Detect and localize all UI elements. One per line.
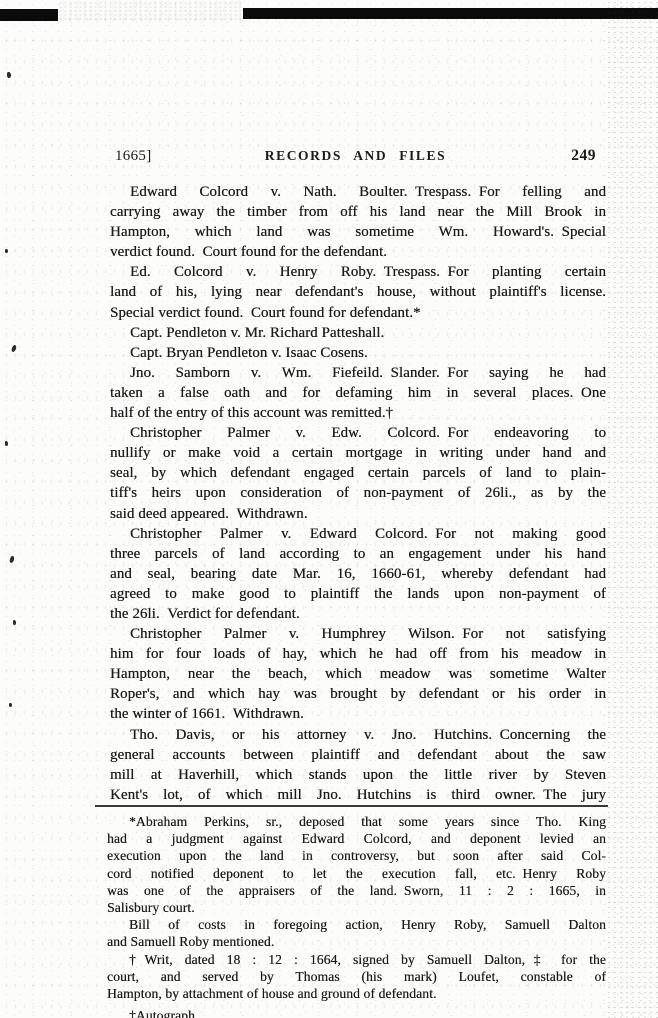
text-line: seal, by which defendant engaged certain…	[110, 463, 606, 483]
text-line: Bill of costs in foregoing action, Henry…	[107, 916, 606, 933]
scan-artifact-bar-left	[0, 9, 58, 21]
paragraph: Ed. Colcord v. Henry Roby. Trespass. For…	[110, 262, 606, 322]
text-line: and Samuell Roby mentioned.	[107, 933, 606, 950]
text-line: Kent's lot, of which mill Jno. Hutchins …	[110, 785, 606, 805]
margin-ink-speck	[9, 556, 15, 564]
text-line: agreed to make good to plaintiff the lan…	[110, 584, 606, 604]
paragraph: ‡Autograph.	[107, 1007, 606, 1018]
text-line: had a judgment against Edward Colcord, a…	[107, 830, 606, 847]
text-line: Salisbury court.	[107, 899, 606, 916]
text-line: †Writ, dated 18 : 12 : 1664, signed by S…	[107, 951, 606, 968]
text-line: three parcels of land according to an en…	[110, 544, 606, 564]
margin-ink-speck	[13, 620, 16, 625]
text-line: nullify or make void a certain mortgage …	[110, 443, 606, 463]
text-line: Roper's, and which hay was brought by de…	[110, 684, 606, 704]
paragraph: Tho. Davis, or his attorney v. Jno. Hutc…	[110, 725, 606, 805]
text-line: Christopher Palmer v. Humphrey Wilson. F…	[110, 624, 606, 644]
text-line: Edward Colcord v. Nath. Boulter. Trespas…	[110, 182, 606, 202]
paragraph: Christopher Palmer v. Edw. Colcord. For …	[110, 423, 606, 523]
text-line: cord notified deponent to let the execut…	[107, 865, 606, 882]
footnote-divider	[95, 805, 608, 807]
text-line: Ed. Colcord v. Henry Roby. Trespass. For…	[110, 262, 606, 282]
text-line: mill at Haverhill, which stands upon the…	[110, 765, 606, 785]
text-line: Capt. Pendleton v. Mr. Richard Patteshal…	[110, 323, 606, 343]
scanned-book-page: 1665] RECORDS AND FILES 249 Edward Colco…	[0, 0, 658, 1018]
margin-ink-speck	[11, 344, 18, 352]
scan-smudge	[58, 1, 244, 21]
text-line: half of the entry of this account was re…	[110, 403, 606, 423]
text-line: Christopher Palmer v. Edw. Colcord. For …	[110, 423, 606, 443]
page-number: 249	[476, 147, 606, 165]
margin-ink-speck	[7, 72, 11, 78]
paragraph: Christopher Palmer v. Edward Colcord. Fo…	[110, 524, 606, 624]
text-line: Capt. Bryan Pendleton v. Isaac Cosens.	[110, 343, 606, 363]
text-line: carrying away the timber from off his la…	[110, 202, 606, 222]
text-line: the 26li. Verdict for defendant.	[110, 604, 606, 624]
text-line: Christopher Palmer v. Edward Colcord. Fo…	[110, 524, 606, 544]
paragraph: Edward Colcord v. Nath. Boulter. Trespas…	[110, 182, 606, 262]
text-line: him for four loads of hay, which he had …	[110, 644, 606, 664]
margin-ink-speck	[5, 441, 8, 446]
text-line: tiff's heirs upon consideration of non-p…	[110, 483, 606, 503]
body-text: Edward Colcord v. Nath. Boulter. Trespas…	[110, 182, 606, 805]
paragraph: Capt. Bryan Pendleton v. Isaac Cosens.	[110, 343, 606, 363]
paragraph: Christopher Palmer v. Humphrey Wilson. F…	[110, 624, 606, 724]
text-line: verdict found. Court found for the defen…	[110, 242, 606, 262]
paper-grain-right-edge	[606, 0, 658, 1018]
running-title: RECORDS AND FILES	[235, 148, 476, 164]
paragraph: Bill of costs in foregoing action, Henry…	[107, 916, 606, 950]
footnotes: *Abraham Perkins, sr., deposed that some…	[107, 813, 606, 1018]
text-line: Jno. Samborn v. Wm. Fiefeild. Slander. F…	[110, 363, 606, 383]
text-line: *Abraham Perkins, sr., deposed that some…	[107, 813, 606, 830]
text-line: was one of the appraisers of the land. S…	[107, 882, 606, 899]
text-line: Hampton, near the beach, which meadow wa…	[110, 664, 606, 684]
text-line: execution upon the land in controversy, …	[107, 847, 606, 864]
text-line: Tho. Davis, or his attorney v. Jno. Hutc…	[110, 725, 606, 745]
text-line: the winter of 1661. Withdrawn.	[110, 704, 606, 724]
scan-artifact-bar-right	[243, 8, 658, 19]
text-line: court, and served by Thomas (his mark) L…	[107, 968, 606, 985]
text-line: and seal, bearing date Mar. 16, 1660-61,…	[110, 564, 606, 584]
text-line: Hampton, which land was sometime Wm. How…	[110, 222, 606, 242]
text-line: Hampton, by attachment of house and grou…	[107, 985, 606, 1002]
text-line: taken a false oath and for defaming him …	[110, 383, 606, 403]
page-header: 1665] RECORDS AND FILES 249	[110, 147, 606, 165]
year-label: 1665]	[110, 148, 235, 165]
margin-ink-speck	[9, 703, 12, 707]
paragraph: Jno. Samborn v. Wm. Fiefeild. Slander. F…	[110, 363, 606, 423]
paragraph: †Writ, dated 18 : 12 : 1664, signed by S…	[107, 951, 606, 1003]
margin-ink-speck	[5, 249, 8, 253]
text-line: Special verdict found. Court found for d…	[110, 303, 606, 323]
text-line: land of his, lying near defendant's hous…	[110, 282, 606, 302]
paragraph: *Abraham Perkins, sr., deposed that some…	[107, 813, 606, 916]
text-line: said deed appeared. Withdrawn.	[110, 504, 606, 524]
text-line: ‡Autograph.	[107, 1007, 606, 1018]
text-line: general accounts between plaintiff and d…	[110, 745, 606, 765]
paragraph: Capt. Pendleton v. Mr. Richard Patteshal…	[110, 323, 606, 343]
